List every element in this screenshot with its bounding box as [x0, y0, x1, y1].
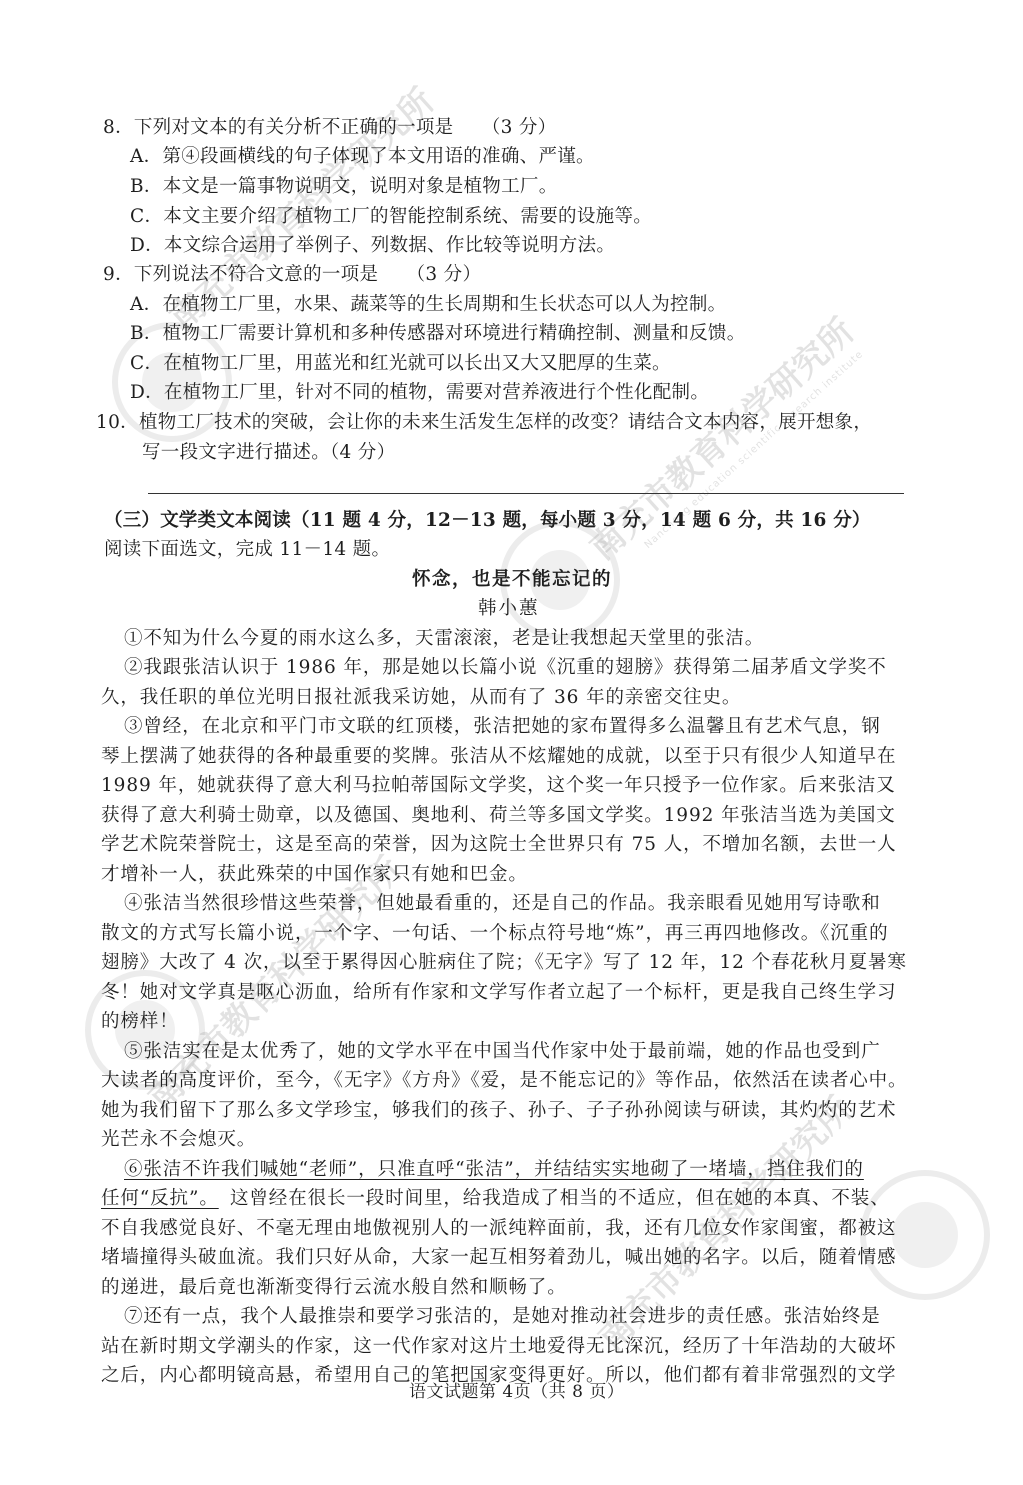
question-9-stem: 9．下列说法不符合文意的一项是 （3 分）	[103, 263, 481, 287]
article-line: ②我跟张洁认识于 1986 年，那是她以长篇小说《沉重的翅膀》获得第二届茅盾文学…	[124, 656, 887, 680]
question-9-option-b: B．植物工厂需要计算机和多种传感器对环境进行精确控制、测量和反馈。	[130, 322, 746, 346]
section-3-heading: （三）文学类文本阅读（11 题 4 分，12－13 题，每小题 3 分，14 题…	[104, 509, 871, 533]
article-line: 获得了意大利骑士勋章，以及德国、奥地利、荷兰等多国文学奖。1992 年张洁当选为…	[101, 804, 896, 828]
article-title: 怀念，也是不能忘记的	[412, 568, 612, 592]
question-10-stem-cont: 写一段文字进行描述。（4 分）	[142, 441, 395, 465]
article-line: 她为我们留下了那么多文学珍宝，够我们的孩子、孙子、子子孙孙阅读与研读，其灼灼的艺…	[101, 1099, 896, 1123]
question-9-option-d: D．在植物工厂里，针对不同的植物，需要对营养液进行个性化配制。	[130, 381, 709, 405]
article-line: ①不知为什么今夏的雨水这么多，天雷滚滚，老是让我想起天堂里的张洁。	[124, 627, 764, 651]
article-line: 学艺术院荣誉院士，这是至高的荣誉，因为这院士全世界只有 75 人，不增加名额，去…	[101, 833, 897, 857]
underlined-sentence-cont: 任何“反抗”。	[101, 1187, 219, 1211]
question-8-option-a: A．第④段画横线的句子体现了本文用语的准确、严谨。	[130, 145, 595, 169]
article-line: 翅膀》大改了 4 次，以至于累得因心脏病住了院；《无字》写了 12 年，12 个…	[101, 951, 907, 975]
article-line: 不自我感觉良好、不毫无理由地傲视别人的一派纯粹面前，我，还有几位女作家闺蜜，都被…	[101, 1217, 896, 1241]
question-8-option-b: B．本文是一篇事物说明文，说明对象是植物工厂。	[130, 175, 558, 199]
article-line: ③曾经，在北京和平门市文联的红顶楼，张洁把她的家布置得多么温馨且有艺术气息，钢	[124, 715, 881, 739]
question-8-option-d: D．本文综合运用了举例子、列数据、作比较等说明方法。	[130, 234, 615, 258]
article-line: 冬！她对文学真是呕心沥血，给所有作家和文学写作者立起了一个标杆，更是我自己终生学…	[101, 981, 896, 1005]
underlined-sentence: ⑥张洁不许我们喊她“老师”，只准直呼“张洁”，并结结实实地砌了一堵墙，挡住我们的	[124, 1158, 864, 1182]
question-10-stem: 10．植物工厂技术的突破，会让你的未来生活发生怎样的改变？请结合文本内容，展开想…	[96, 411, 872, 435]
question-8-option-c: C．本文主要介绍了植物工厂的智能控制系统、需要的设施等。	[130, 205, 652, 229]
article-line: 光芒永不会熄灭。	[101, 1128, 256, 1152]
page-footer: 语文试题第 4页（共 8 页）	[409, 1380, 624, 1404]
article-line: 的榜样！	[101, 1010, 179, 1034]
section-3-instruction: 阅读下面选文，完成 11－14 题。	[104, 538, 390, 562]
article-line: 久，我任职的单位光明日报社派我采访她，从而有了 36 年的亲密交往史。	[101, 686, 741, 710]
article-line: 堵墙撞得头破血流。我们只好从命，大家一起互相努着劲儿，喊出她的名字。以后，随着情…	[101, 1246, 896, 1270]
article-line: 这曾经在很长一段时间里，给我造成了相当的不适应，但在她的本真、不装、	[230, 1187, 890, 1211]
article-line: 散文的方式写长篇小说，一个字、一句话、一个标点符号地“炼”，再三再四地修改。《沉…	[101, 922, 888, 946]
question-9-option-c: C．在植物工厂里，用蓝光和红光就可以长出又大又肥厚的生菜。	[130, 352, 671, 376]
article-line: 大读者的高度评价，至今，《无字》《方舟》《爱，是不能忘记的》等作品，依然活在读者…	[101, 1069, 907, 1093]
question-8-stem: 8．下列对文本的有关分析不正确的一项是 （3 分）	[103, 116, 556, 140]
article-author: 韩小蕙	[478, 597, 540, 621]
article-line: 站在新时期文学潮头的作家，这一代作家对这片土地爱得无比深沉，经历了十年浩劫的大破…	[101, 1335, 896, 1359]
article-line: 才增补一人，获此殊荣的中国作家只有她和巴金。	[101, 863, 528, 887]
article-line: ⑦还有一点，我个人最推崇和要学习张洁的，是她对推动社会进步的责任感。张洁始终是	[124, 1305, 881, 1329]
section-divider	[148, 493, 904, 494]
article-line: 1989 年，她就获得了意大利马拉帕蒂国际文学奖，这个奖一年只授予一位作家。后来…	[101, 774, 896, 798]
exam-page: 南充市教育科学研究所 南充市教育科学研究所 Nanchong education…	[0, 0, 1023, 1485]
article-line: 的递进，最后竟也渐渐变得行云流水般自然和顺畅了。	[101, 1276, 567, 1300]
article-line: ⑤张洁实在是太优秀了，她的文学水平在中国当代作家中处于最前端，她的作品也受到广	[124, 1040, 881, 1064]
question-9-option-a: A．在植物工厂里，水果、蔬菜等的生长周期和生长状态可以人为控制。	[130, 293, 726, 317]
article-line: 琴上摆满了她获得的各种最重要的奖牌。张洁从不炫耀她的成就，以至于只有很少人知道早…	[101, 745, 896, 769]
article-line: ④张洁当然很珍惜这些荣誉，但她最看重的，还是自己的作品。我亲眼看见她用写诗歌和	[124, 892, 881, 916]
